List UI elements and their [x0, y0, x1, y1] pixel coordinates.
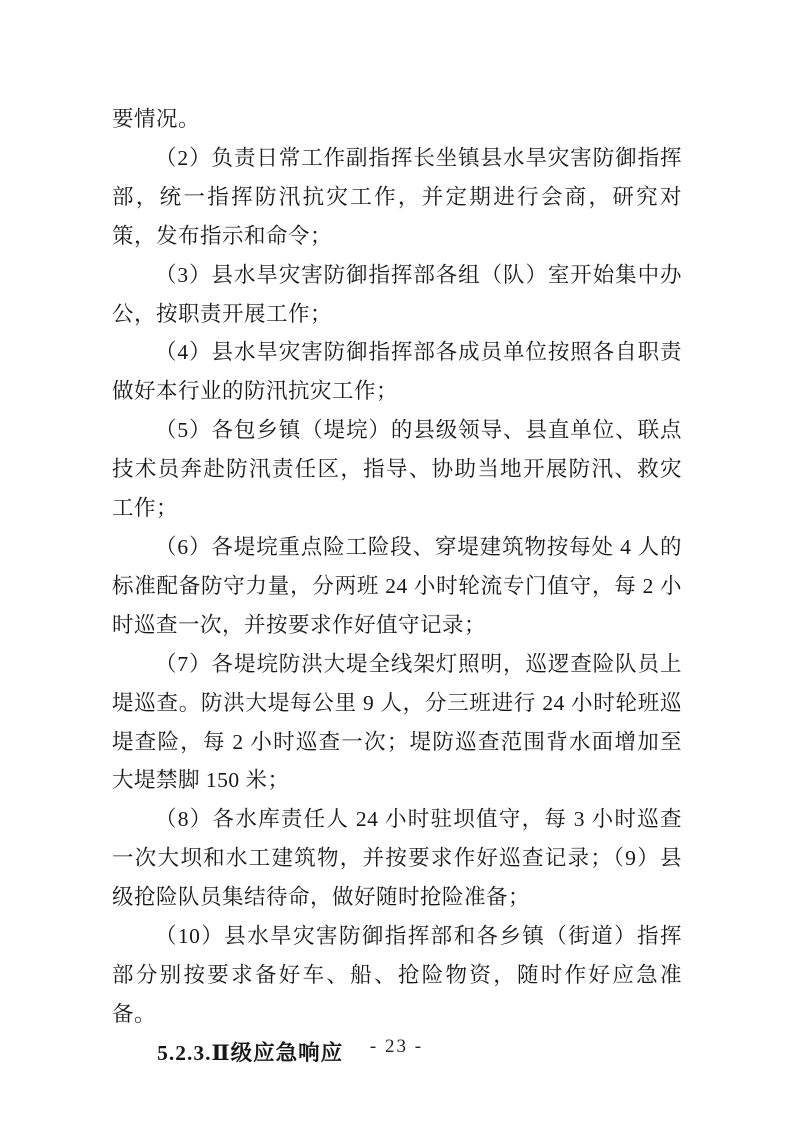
paragraph: （3）县水旱灾害防御指挥部各组（队）室开始集中办公，按职责开展工作；: [112, 256, 682, 334]
document-body: 要情况。（2）负责日常工作副指挥长坐镇县水旱灾害防御指挥部，统一指挥防汛抗灾工作…: [112, 100, 682, 1073]
paragraph: （7）各堤垸防洪大堤全线架灯照明，巡逻查险队员上堤巡查。防洪大堤每公里 9 人，…: [112, 645, 682, 801]
paragraph: 要情况。: [112, 100, 682, 139]
page-number: - 23 -: [0, 1034, 793, 1060]
document-page: 要情况。（2）负责日常工作副指挥长坐镇县水旱灾害防御指挥部，统一指挥防汛抗灾工作…: [0, 0, 793, 1122]
paragraph: （2）负责日常工作副指挥长坐镇县水旱灾害防御指挥部，统一指挥防汛抗灾工作，并定期…: [112, 139, 682, 256]
paragraph: （6）各堤垸重点险工险段、穿堤建筑物按每处 4 人的标准配备防守力量，分两班 2…: [112, 528, 682, 645]
paragraph: （10）县水旱灾害防御指挥部和各乡镇（街道）指挥部分别按要求备好车、船、抢险物资…: [112, 917, 682, 1034]
paragraph: （4）县水旱灾害防御指挥部各成员单位按照各自职责做好本行业的防汛抗灾工作；: [112, 333, 682, 411]
paragraph: （8）各水库责任人 24 小时驻坝值守，每 3 小时巡查一次大坝和水工建筑物，并…: [112, 800, 682, 917]
paragraph: （5）各包乡镇（堤垸）的县级领导、县直单位、联点技术员奔赴防汛责任区，指导、协助…: [112, 411, 682, 528]
